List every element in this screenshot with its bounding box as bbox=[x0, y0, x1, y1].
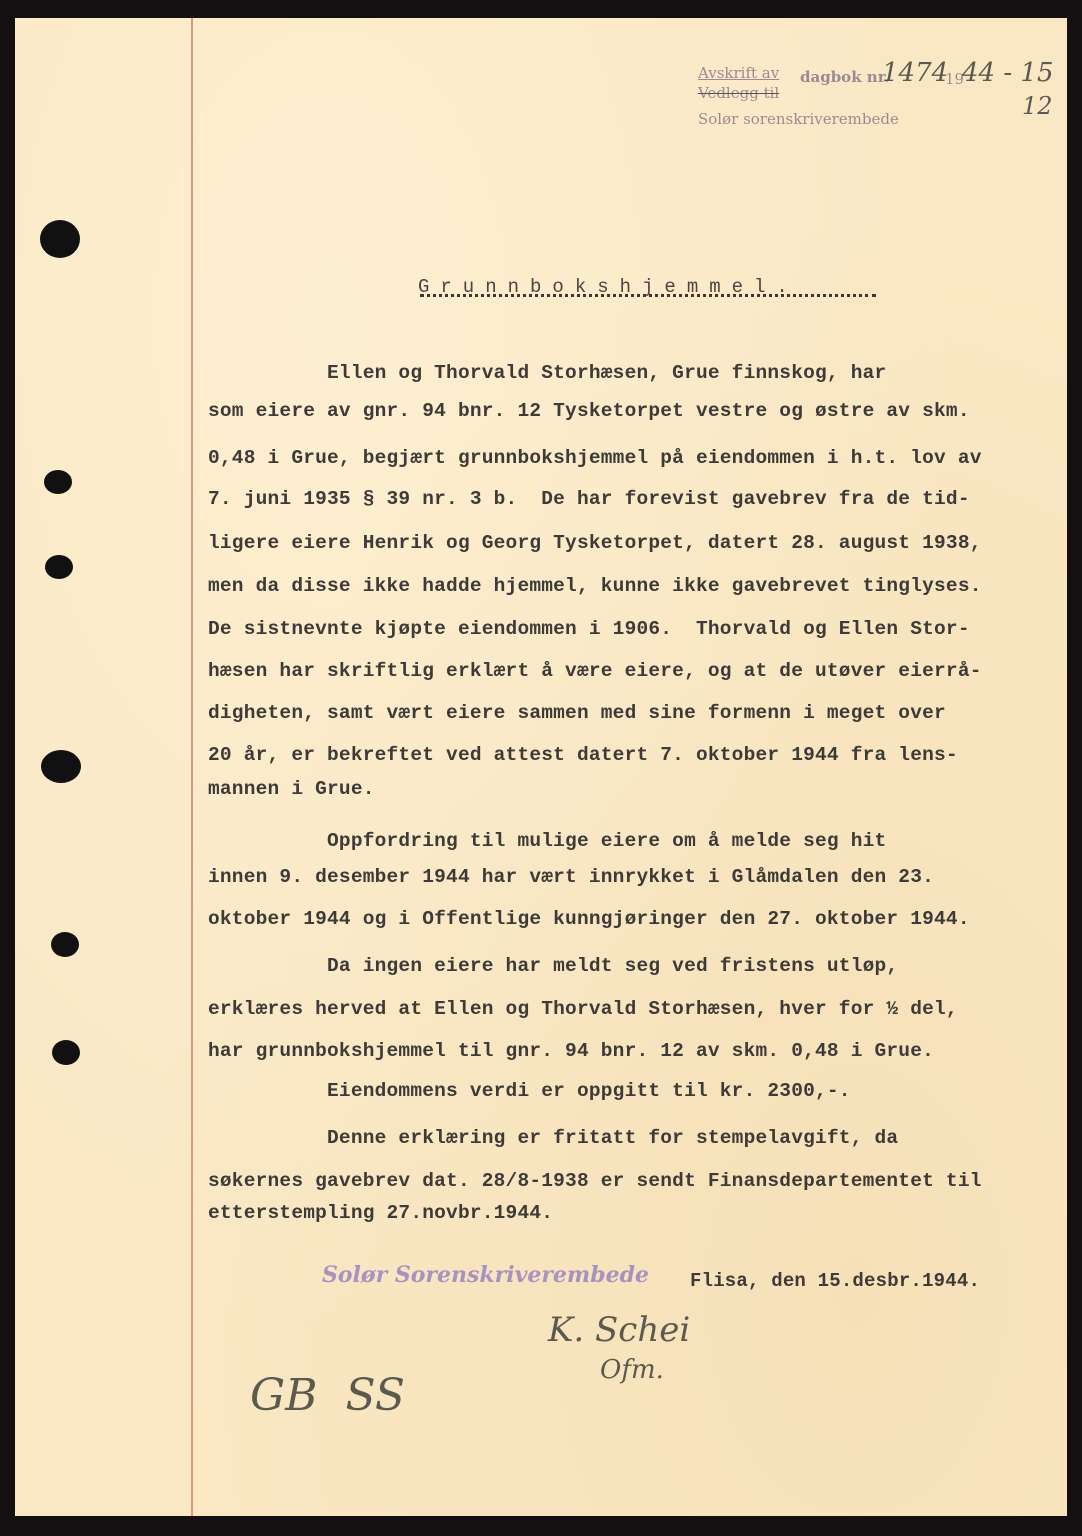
text-line: oktober 1944 og i Offentlige kunngjøring… bbox=[208, 908, 970, 930]
text-line: innen 9. desember 1944 har vært innrykke… bbox=[208, 866, 934, 888]
punch-hole bbox=[44, 470, 72, 494]
place-date: Flisa, den 15.desbr.1944. bbox=[690, 1270, 980, 1292]
text-line: etterstempling 27.novbr.1944. bbox=[208, 1202, 553, 1224]
header-stamp: Avskrift av bbox=[698, 64, 779, 82]
punch-hole bbox=[41, 750, 81, 783]
stamp-suffix: dagbok nr. bbox=[800, 68, 889, 86]
text-line: digheten, samt vært eiere sammen med sin… bbox=[208, 702, 946, 724]
text-line: Eiendommens verdi er oppgitt til kr. 230… bbox=[208, 1080, 851, 1102]
office-name: Solør sorenskriverembede bbox=[698, 110, 899, 128]
text-line: har grunnbokshjemmel til gnr. 94 bnr. 12… bbox=[208, 1040, 934, 1062]
text-line: søkernes gavebrev dat. 28/8-1938 er send… bbox=[208, 1170, 982, 1192]
text-line: som eiere av gnr. 94 bnr. 12 Tysketorpet… bbox=[208, 400, 970, 422]
initials: GB SS bbox=[250, 1370, 405, 1421]
text-line: ligere eiere Henrik og Georg Tysketorpet… bbox=[208, 532, 982, 554]
text-line: mannen i Grue. bbox=[208, 778, 375, 800]
stamp-office: Solør sorenskriverembede bbox=[698, 110, 899, 128]
text-line: 7. juni 1935 § 39 nr. 3 b. De har forevi… bbox=[208, 488, 970, 510]
text-line: 0,48 i Grue, begjært grunnbokshjemmel på… bbox=[208, 447, 982, 469]
text-line: Denne erklæring er fritatt for stempelav… bbox=[208, 1127, 898, 1149]
punch-hole bbox=[40, 220, 80, 258]
text-line: Da ingen eiere har meldt seg ved fristen… bbox=[208, 955, 898, 977]
punch-hole bbox=[51, 932, 79, 957]
text-line: 20 år, er bekreftet ved attest datert 7.… bbox=[208, 744, 958, 766]
text-line: men da disse ikke hadde hjemmel, kunne i… bbox=[208, 575, 982, 597]
text-line: hæsen har skriftlig erklært å være eiere… bbox=[208, 660, 982, 682]
office-stamp: Solør Sorenskriverembede bbox=[322, 1262, 649, 1288]
stamp-struck: Vedlegg til bbox=[698, 84, 779, 102]
punch-hole bbox=[45, 555, 73, 579]
handwritten-number: 1474 bbox=[882, 58, 948, 88]
title-underline bbox=[420, 294, 876, 297]
text-line: Oppfordring til mulige eiere om å melde … bbox=[208, 830, 886, 852]
text-line: Ellen og Thorvald Storhæsen, Grue finnsk… bbox=[208, 362, 886, 384]
text-line: De sistnevnte kjøpte eiendommen i 1906. … bbox=[208, 618, 970, 640]
text-line: erklæres herved at Ellen og Thorvald Sto… bbox=[208, 998, 958, 1020]
handwritten-date: 44 - 15 bbox=[962, 58, 1053, 88]
margin-rule bbox=[191, 18, 193, 1516]
punch-hole bbox=[52, 1040, 80, 1065]
struck-label: Vedlegg til bbox=[698, 84, 779, 102]
signature: K. Schei bbox=[548, 1310, 690, 1350]
stamp-label: Avskrift av bbox=[698, 64, 779, 82]
handwritten-month: 12 bbox=[1022, 92, 1053, 120]
signature-title: Ofm. bbox=[600, 1355, 664, 1385]
stamp-dagbok: dagbok nr. bbox=[800, 68, 889, 86]
